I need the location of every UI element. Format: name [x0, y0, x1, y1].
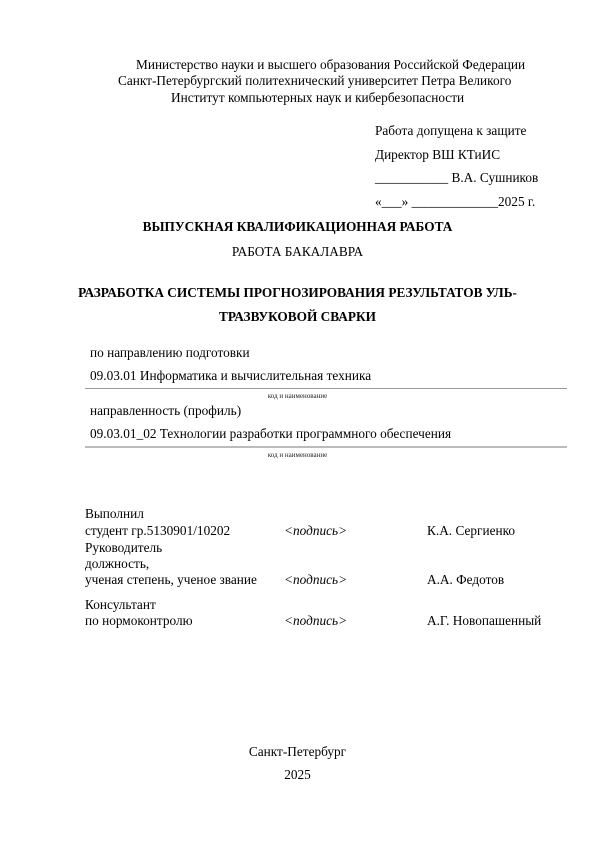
topic-line-1: РАЗРАБОТКА СИСТЕМЫ ПРОГНОЗИРОВАНИЯ РЕЗУЛ…	[0, 285, 595, 301]
profile-label: направленность (профиль)	[90, 403, 241, 419]
approval-director: Директор ВШ КТиИС	[375, 147, 500, 163]
work-type-title: ВЫПУСКНАЯ КВАЛИФИКАЦИОННАЯ РАБОТА	[0, 219, 595, 235]
institute-line: Институт компьютерных наук и кибербезопа…	[171, 90, 464, 106]
direction-underline	[85, 388, 567, 389]
ministry-line: Министерство науки и высшего образования…	[136, 57, 525, 73]
approval-admitted: Работа допущена к защите	[375, 123, 526, 139]
role-line: Руководитель	[85, 540, 162, 556]
direction-caption: код и наименование	[0, 392, 595, 400]
direction-label: по направлению подготовки	[90, 345, 250, 361]
footer-city: Санкт-Петербург	[0, 744, 595, 760]
signature-placeholder: <подпись>	[284, 523, 347, 539]
signature-placeholder: <подпись>	[284, 572, 347, 588]
profile-underline	[85, 446, 567, 448]
role-line: студент гр.5130901/10202	[85, 523, 230, 539]
footer-year: 2025	[0, 767, 595, 783]
topic-line-2: ТРАЗВУКОВОЙ СВАРКИ	[0, 309, 595, 325]
role-line: Выполнил	[85, 506, 144, 522]
signature-placeholder: <подпись>	[284, 613, 347, 629]
approval-date-line: «___» _____________2025 г.	[375, 194, 535, 210]
direction-value: 09.03.01 Информатика и вычислительная те…	[90, 368, 371, 384]
role-line: по нормоконтролю	[85, 613, 193, 629]
signer-name: А.А. Федотов	[427, 572, 504, 588]
role-line: должность,	[85, 556, 149, 572]
signer-name: А.Г. Новопашенный	[427, 613, 541, 629]
profile-value: 09.03.01_02 Технологии разработки програ…	[90, 426, 451, 442]
university-line: Санкт-Петербургский политехнический унив…	[118, 73, 511, 89]
signer-name: К.А. Сергиенко	[427, 523, 515, 539]
role-line: ученая степень, ученое звание	[85, 572, 257, 588]
work-subtype: РАБОТА БАКАЛАВРА	[0, 244, 595, 260]
approval-signature-line: ___________ В.А. Сушников	[375, 170, 538, 186]
profile-caption: код и наименование	[0, 451, 595, 459]
role-line: Консультант	[85, 597, 156, 613]
